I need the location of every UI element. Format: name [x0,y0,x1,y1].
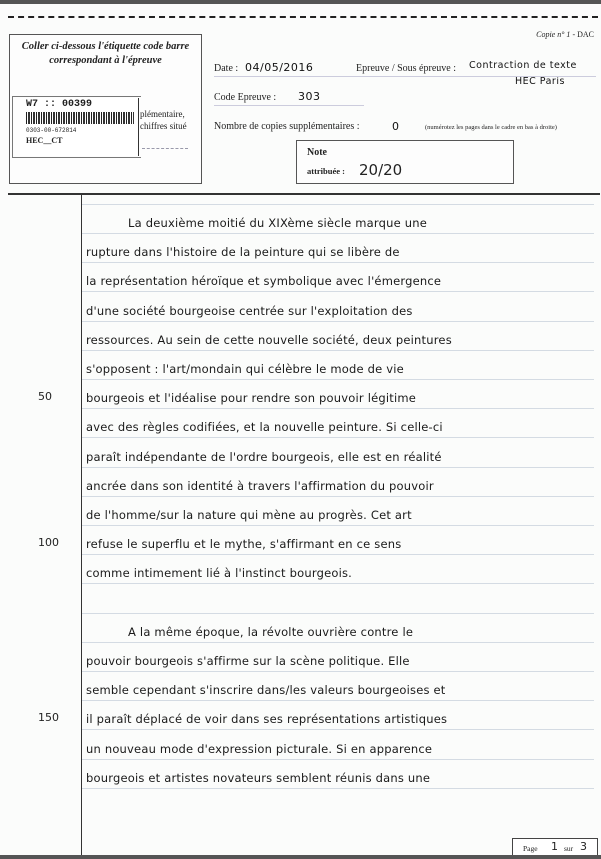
page-of-label: sur [564,844,573,853]
ruled-line [82,729,594,730]
word-count-marker: 100 [38,536,59,549]
epreuve-underline [356,76,596,77]
handwritten-line: La deuxième moitié du XIXème siècle marq… [128,216,592,230]
ruled-line [82,408,594,409]
handwritten-line: paraît indépendante de l'ordre bourgeois… [86,450,592,464]
cut-line [8,16,598,18]
sticker-number: 0303-00-672814 [26,127,76,134]
handwritten-line: refuse le superflu et le mythe, s'affirm… [86,537,592,551]
underlying-dash [142,148,188,149]
ruled-line [82,350,594,351]
handwritten-line: s'opposent : l'art/mondain qui célèbre l… [86,362,592,376]
underlying-text-line: chiffres situé [140,120,187,132]
ruled-line [82,204,594,205]
handwritten-line: pouvoir bourgeois s'affirme sur la scène… [86,654,592,668]
ruled-line [82,700,594,701]
date-value: 04/05/2016 [245,61,313,74]
code-label: Code Epreuve : [214,92,276,103]
barcode-instruction: Coller ci-dessous l'étiquette code barre… [10,40,201,68]
barcode-sticker: W7 :: 00399 0303-00-672814 HEC__CT [20,98,139,156]
handwritten-line: un nouveau mode d'expression picturale. … [86,742,592,756]
copy-label: Copie n° 1 [536,30,570,39]
ruled-line [82,291,594,292]
handwritten-line: ancrée dans son identité à travers l'aff… [86,479,592,493]
handwritten-line: avec des règles codifiées, et la nouvell… [86,420,592,434]
handwritten-line: ressources. Au sein de cette nouvelle so… [86,333,592,347]
ruled-line [82,613,594,614]
handwritten-line: comme intimement lié à l'instinct bourge… [86,566,592,580]
ruled-line [82,525,594,526]
word-count-marker: 150 [38,711,59,724]
grade-attr-label: attribuée : [307,166,345,176]
sticker-name: HEC__CT [26,136,62,145]
ruled-line [82,437,594,438]
handwritten-line: semble cependant s'inscrire dans/les val… [86,683,592,697]
barcode-icon [26,112,134,124]
ruled-line [82,467,594,468]
grade-box: Note attribuée : 20/20 [296,140,514,184]
ruled-line [82,583,594,584]
ruled-line [82,496,594,497]
epreuve-value: Contraction de texte [469,60,577,71]
ruled-line [82,642,594,643]
handwritten-line: il paraît déplacé de voir dans ses repré… [86,712,592,726]
handwritten-line: bourgeois et l'idéalise pour rendre son … [86,391,592,405]
handwritten-line: la représentation héroïque et symbolique… [86,274,592,288]
handwritten-line: bourgeois et artistes novateurs semblent… [86,771,592,785]
page-label: Page [523,844,538,853]
total-pages: 3 [580,840,587,853]
handwritten-line: de l'homme/sur la nature qui mène au pro… [86,508,592,522]
handwritten-line: rupture dans l'histoire de la peinture q… [86,245,592,259]
underlying-text-line: plémentaire, [140,108,187,120]
epreuve-value-2: HEC Paris [515,76,565,87]
copy-number: Copie n° 1 - DAC [536,30,594,39]
ruled-line [82,379,594,380]
handwritten-line: A la même époque, la révolte ouvrière co… [128,625,592,639]
copies-value: 0 [392,120,400,133]
ruled-line [82,759,594,760]
ruled-line [82,233,594,234]
code-value: 303 [298,90,321,103]
ruled-line [82,671,594,672]
ruled-line [82,554,594,555]
date-label: Date : [214,63,238,74]
scan-bottom-edge [0,855,601,859]
ruled-line [82,262,594,263]
scan-top-edge [0,0,601,4]
word-count-marker: 50 [38,390,52,403]
code-underline [214,105,364,106]
copy-suffix: - DAC [570,30,594,39]
page-number: 1 [551,840,558,853]
sticker-code: W7 :: 00399 [26,99,92,110]
copies-label: Nombre de copies supplémentaires : [214,121,360,132]
grade-label: Note [307,147,327,158]
handwritten-line: d'une société bourgeoise centrée sur l'e… [86,304,592,318]
epreuve-label: Epreuve / Sous épreuve : [356,63,456,74]
ruled-line [82,321,594,322]
copies-hint: (numérotez les pages dans le cadre en ba… [425,124,557,131]
underlying-form-text: plémentaire, chiffres situé [140,108,187,132]
date-underline [214,76,364,77]
header-separator [8,193,600,195]
grade-value: 20/20 [359,161,402,179]
ruled-line [82,788,594,789]
